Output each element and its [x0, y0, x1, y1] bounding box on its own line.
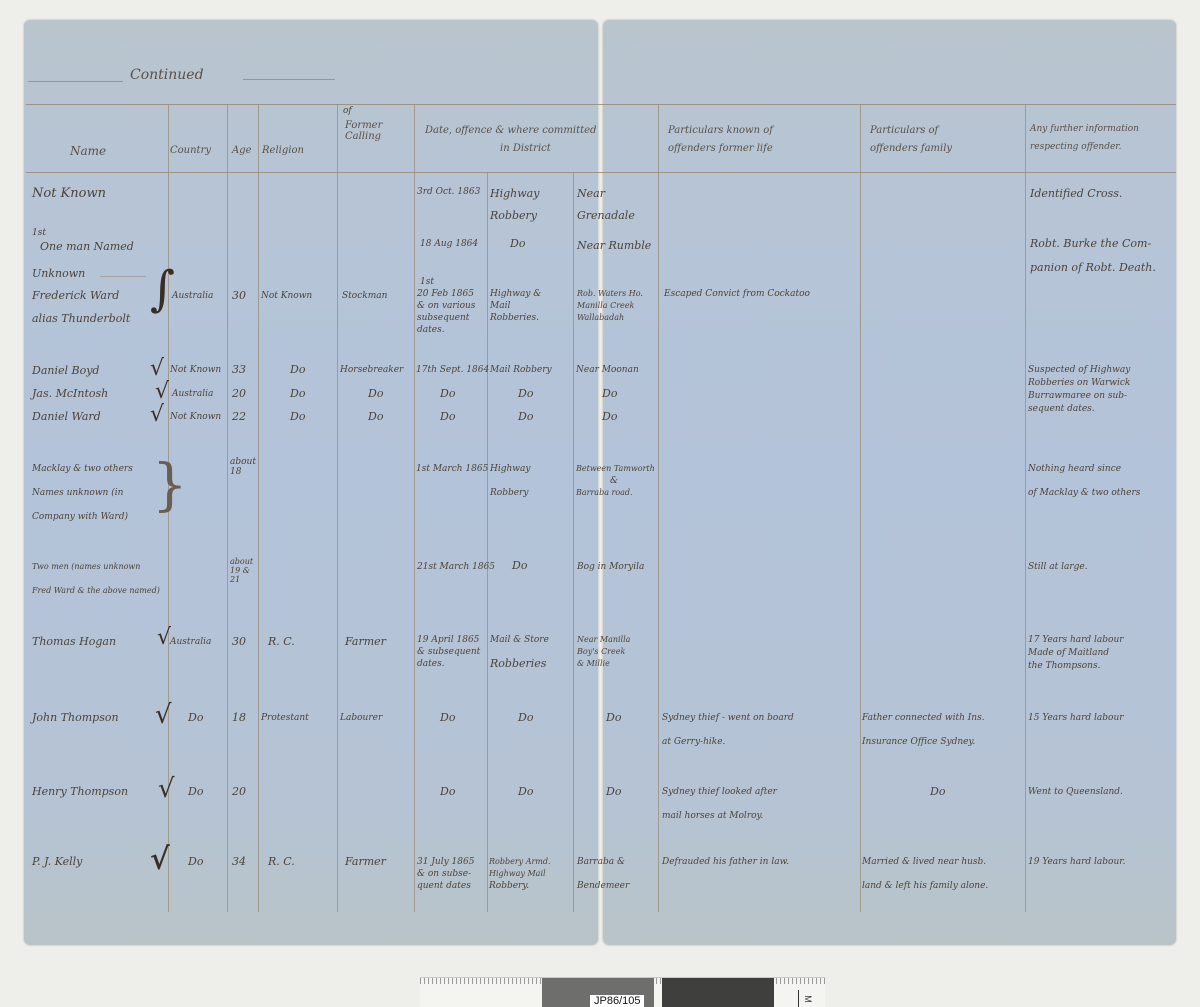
checkmark-icon: √ — [150, 404, 164, 426]
col-rule — [860, 104, 861, 912]
place-cell: Bog in Moryila — [577, 563, 644, 573]
date-sup: 1st — [420, 278, 434, 288]
calling-cell: Stockman — [342, 292, 387, 302]
date-cell: 1st March 1865 — [416, 465, 488, 475]
former-life-cell: Sydney thief looked after — [662, 788, 777, 798]
col-header-country: Country — [170, 145, 211, 156]
col-rule — [573, 172, 574, 912]
date-cell: Do — [440, 786, 455, 798]
col-rule — [227, 104, 228, 912]
date-cell-3: dates. — [417, 660, 445, 670]
further-cell-2: of Macklay & two others — [1028, 489, 1140, 499]
offence-cell: Mail & Store — [490, 636, 549, 646]
name-cell: Jas. McIntosh — [32, 388, 108, 400]
place-cell: Near Moonan — [576, 366, 639, 376]
name-cell: Two men (names unknown — [32, 563, 140, 572]
col-header-family: Particulars of — [870, 125, 938, 136]
offence-cell-2: Robbery — [490, 210, 537, 222]
offence-cell: Highway — [490, 465, 530, 475]
checkmark-icon: √ — [150, 845, 170, 875]
col-header-further-info: Any further information — [1030, 125, 1139, 135]
former-life-cell: Escaped Convict from Cockatoo — [664, 290, 810, 300]
col-header-name: Name — [70, 145, 106, 158]
name-cell: Macklay & two others — [32, 465, 133, 475]
place-cell-2: Boy's Creek — [577, 648, 625, 657]
offence-cell: Robbery Armd. — [489, 858, 551, 867]
col-header-date-offence-2: in District — [500, 143, 551, 154]
place-cell-3: & Millie — [577, 660, 610, 669]
calling-cell: Do — [368, 411, 383, 423]
age-cell: 18 — [232, 712, 246, 724]
name-cell: One man Named — [40, 241, 134, 253]
date-cell: 21st March 1865 — [417, 563, 495, 573]
name-cell: John Thompson — [32, 712, 119, 724]
scale-ruler: JP86/105 M — [420, 977, 825, 1007]
age-cell: 20 — [232, 786, 246, 798]
religion-cell: Not Known — [261, 292, 312, 302]
age-cell: 33 — [232, 364, 246, 376]
offence-cell: Mail Robbery — [490, 366, 552, 376]
name-cell: Thomas Hogan — [32, 636, 116, 648]
calling-cell: Farmer — [345, 636, 386, 648]
calling-cell: Farmer — [345, 856, 386, 868]
further-cell: Nothing heard since — [1028, 465, 1121, 475]
ruler-mark-label: M — [803, 995, 813, 1003]
col-header-religion: Religion — [262, 145, 304, 156]
country-cell: Not Known — [170, 413, 221, 423]
date-cell: 17th Sept. 1864 — [416, 366, 489, 376]
religion-cell: Do — [290, 411, 305, 423]
family-cell-2: land & left his family alone. — [862, 882, 988, 892]
offence-cell-2: Robbery — [490, 489, 528, 499]
calling-cell: Do — [368, 388, 383, 400]
further-cell: Identified Cross. — [1030, 188, 1122, 200]
checkmark-icon: √ — [155, 702, 172, 728]
heading-rule-left — [28, 81, 123, 82]
offence-cell: Highway & — [490, 290, 541, 300]
checkmark-icon: √ — [150, 358, 164, 380]
name-cell: Not Known — [32, 187, 106, 201]
place-cell-2: & — [610, 477, 618, 487]
country-cell: Australia — [170, 638, 211, 648]
date-cell-2: & on various — [417, 302, 475, 312]
further-cell: Went to Queensland. — [1028, 788, 1123, 798]
name-rule — [100, 276, 146, 277]
name-cell-3: alias Thunderbolt — [32, 313, 130, 325]
place-cell: Near — [577, 188, 605, 200]
calling-cell: Horsebreaker — [340, 366, 403, 376]
col-rule — [337, 104, 338, 912]
name-cell-3: Company with Ward) — [32, 513, 128, 523]
calling-cell: Labourer — [340, 714, 382, 724]
place-cell-3: Barraba road. — [576, 489, 633, 498]
age-cell: about 18 — [230, 458, 256, 478]
place-cell: Barraba & — [577, 858, 625, 868]
religion-cell: R. C. — [268, 856, 295, 868]
date-cell: 3rd Oct. 1863 — [417, 188, 480, 198]
place-cell-2: Manilla Creek — [577, 302, 634, 311]
former-life-cell-2: mail horses at Molroy. — [662, 812, 763, 822]
col-rule — [658, 104, 659, 912]
offence-cell: Do — [518, 411, 533, 423]
date-cell-2: & subsequent — [417, 648, 480, 658]
checkmark-icon: √ — [157, 627, 171, 649]
checkmark-icon: √ — [158, 776, 175, 802]
age-cell: 30 — [232, 290, 246, 302]
brace-icon: } — [152, 458, 188, 514]
date-cell-3: quent dates — [417, 882, 471, 892]
name-cell: Henry Thompson — [32, 786, 128, 798]
name-sup: 1st — [32, 229, 46, 239]
religion-cell: Protestant — [261, 714, 309, 724]
place-cell: Near Rumble — [577, 240, 651, 252]
country-cell: Do — [188, 712, 203, 724]
offence-cell-3: Robberies. — [490, 314, 539, 324]
name-cell: Unknown — [32, 268, 85, 280]
date-cell-3: subsequent — [417, 314, 469, 324]
offence-cell: Highway — [490, 188, 539, 200]
heading-rule-right — [243, 79, 335, 80]
date-cell-2: & on subse- — [417, 870, 471, 880]
age-cell: about 19 & 21 — [230, 558, 256, 584]
date-cell: 18 Aug 1864 — [420, 240, 478, 250]
religion-cell: Do — [290, 364, 305, 376]
name-cell: Daniel Ward — [32, 411, 101, 423]
archive-reference-label: JP86/105 — [590, 995, 644, 1007]
age-cell: 30 — [232, 636, 246, 648]
family-cell: Married & lived near husb. — [862, 858, 986, 868]
former-life-cell: Sydney thief - went on board — [662, 714, 794, 724]
offence-cell-3: Robbery. — [489, 882, 529, 892]
place-cell: Do — [602, 388, 617, 400]
religion-cell: Do — [290, 388, 305, 400]
date-cell: 20 Feb 1865 — [417, 290, 474, 300]
further-cell-3: Burrawmaree on sub- — [1028, 392, 1127, 402]
place-cell: Rob. Waters Ho. — [577, 290, 643, 299]
col-header-age: Age — [232, 145, 252, 156]
col-header-former-calling: Former Calling — [345, 120, 405, 142]
heading-continued: Continued — [130, 68, 204, 83]
place-cell: Between Tamworth — [576, 465, 655, 474]
header-bottom-rule — [26, 172, 1176, 173]
col-header-further-info-2: respecting offender. — [1030, 143, 1121, 153]
grey-patch-dark — [662, 978, 774, 1007]
ruler-mark — [798, 990, 799, 1007]
place-cell: Near Manilla — [577, 636, 630, 645]
name-cell-2: Frederick Ward — [32, 290, 119, 302]
further-cell-2: panion of Robt. Death. — [1030, 262, 1156, 274]
country-cell: Do — [188, 856, 203, 868]
col-rule — [414, 104, 415, 912]
offence-cell-2: Robberies — [490, 658, 546, 670]
further-cell: Suspected of Highway — [1028, 366, 1130, 376]
offence-cell: Do — [510, 238, 525, 250]
country-cell: Do — [188, 786, 203, 798]
place-cell-2: Grenadale — [577, 210, 635, 222]
age-cell: 22 — [232, 411, 246, 423]
offence-cell-2: Mail — [490, 302, 510, 312]
offence-cell: Do — [518, 388, 533, 400]
age-cell: 20 — [232, 388, 246, 400]
family-cell: Father connected with Ins. — [862, 714, 985, 724]
former-life-cell-2: at Gerry-hike. — [662, 738, 725, 748]
further-cell: Still at large. — [1028, 563, 1088, 573]
country-cell: Not Known — [170, 366, 221, 376]
date-cell-4: dates. — [417, 326, 445, 336]
place-cell-2: Bendemeer — [577, 882, 629, 892]
left-page — [24, 20, 598, 945]
name-cell-2: Names unknown (in — [32, 489, 123, 499]
right-page — [603, 20, 1176, 945]
col-header-former-life-2: offenders former life — [668, 143, 773, 154]
name-cell: P. J. Kelly — [32, 856, 82, 868]
further-cell-4: sequent dates. — [1028, 405, 1095, 415]
table-top-rule — [26, 104, 1176, 105]
date-cell: Do — [440, 712, 455, 724]
checkmark-icon: √ — [155, 381, 169, 403]
country-cell: Australia — [172, 390, 213, 400]
place-cell-3: Wallabadah — [577, 314, 624, 323]
place-cell: Do — [606, 712, 621, 724]
place-cell: Do — [606, 786, 621, 798]
name-cell-2: Fred Ward & the above named) — [32, 587, 160, 596]
place-cell: Do — [602, 411, 617, 423]
col-rule — [258, 104, 259, 912]
col-header-former-life: Particulars known of — [668, 125, 773, 136]
col-header-calling-sup: of — [343, 107, 352, 117]
former-life-cell: Defrauded his father in law. — [662, 858, 789, 868]
further-cell: 15 Years hard labour — [1028, 714, 1124, 724]
age-cell: 34 — [232, 856, 246, 868]
col-rule — [487, 172, 488, 912]
date-cell: 31 July 1865 — [417, 858, 474, 868]
religion-cell: R. C. — [268, 636, 295, 648]
col-header-date-offence: Date, offence & where committed — [425, 125, 596, 136]
further-cell-2: Made of Maitland — [1028, 649, 1109, 659]
offence-cell: Do — [512, 560, 527, 572]
further-cell: Robt. Burke the Com- — [1030, 238, 1151, 250]
checkmark-icon: ∫ — [150, 265, 175, 313]
further-cell-3: the Thompsons. — [1028, 662, 1100, 672]
further-cell-2: Robberies on Warwick — [1028, 379, 1130, 389]
offence-cell: Do — [518, 786, 533, 798]
family-cell-2: Insurance Office Sydney. — [862, 738, 975, 748]
offence-cell-2: Highway Mail — [489, 870, 546, 879]
further-cell: 17 Years hard labour — [1028, 636, 1124, 646]
further-cell: 19 Years hard labour. — [1028, 858, 1125, 868]
col-header-family-2: offenders family — [870, 143, 952, 154]
col-rule — [1025, 104, 1026, 912]
date-cell: Do — [440, 388, 455, 400]
name-cell: Daniel Boyd — [32, 365, 99, 377]
country-cell: Australia — [172, 292, 213, 302]
family-cell: Do — [930, 786, 945, 798]
date-cell: 19 April 1865 — [417, 636, 479, 646]
offence-cell: Do — [518, 712, 533, 724]
date-cell: Do — [440, 411, 455, 423]
